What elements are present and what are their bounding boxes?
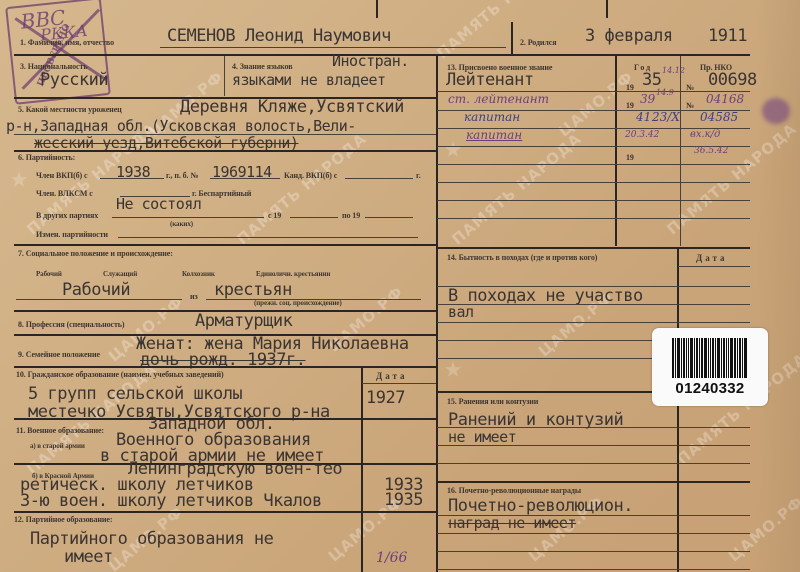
star-icon: ★	[10, 160, 28, 195]
ink-blot	[762, 98, 790, 124]
languages-value-line2: языками не владеет	[232, 71, 386, 89]
label-campaigns: 14. Бытность в походах (где и против ког…	[447, 253, 597, 262]
birthplace-line1: Деревня Кляже,Усвятский	[180, 97, 404, 117]
option-worker: Рабочий	[36, 270, 62, 278]
languages-value-line1: Иностран.	[332, 52, 409, 70]
party-education-line2: имеет	[64, 547, 113, 567]
rank-4-date-note: 20.3.42	[625, 130, 659, 140]
label-party-education: 12. Партийное образование:	[14, 515, 112, 524]
rank-3-date-note: 23/Х	[652, 110, 680, 124]
civil-education-line1: 5 групп сельской школы	[28, 384, 242, 404]
label-party-change: Измен. партийности	[36, 230, 108, 239]
rank-2-year: 39	[640, 92, 655, 106]
rank-5-order: 36.5.42	[694, 146, 728, 156]
rank-1-year: 35	[642, 70, 661, 90]
header-date: Дата	[376, 371, 408, 381]
label-civil-education: 10. Гражданское образование (наимен. уче…	[16, 370, 224, 379]
rank-4: капитан	[466, 128, 522, 142]
barcode-icon	[672, 338, 748, 378]
label-party-card: г., п. б. №	[166, 171, 198, 180]
label-vkp-candidate: Канд. ВКП(б) с	[284, 171, 337, 180]
year-suffix: г.	[416, 171, 421, 180]
origin-value: крестьян	[214, 280, 292, 300]
rank-2-date-note: 14.9	[656, 88, 674, 97]
hint-origin: (прежн. соц. происхождение)	[254, 299, 342, 307]
option-employee: Служащий	[103, 270, 137, 278]
year-prefix: 19	[626, 153, 634, 162]
civil-education-date: 1927	[366, 388, 405, 408]
full-name-value: СЕМЕНОВ Леонид Наумович	[167, 26, 391, 46]
rank-2: ст. лейтенант	[448, 92, 549, 106]
rank-2-order: 04168	[706, 92, 744, 106]
header-date: Дата	[696, 253, 728, 263]
military-education-date2: 1935	[384, 490, 423, 510]
watermark: ПАМЯТЬ НАРОДА	[448, 130, 585, 249]
label-awards: 16. Почетно-революционные награды	[447, 486, 581, 495]
barcode-number: 01240332	[652, 380, 768, 397]
label-birthplace: 5. Какой местности уроженец	[18, 105, 122, 114]
rank-3-order: 04585	[700, 110, 738, 124]
birth-date-value: 3 февраля	[585, 26, 673, 46]
label-military-education: 11. Военное образование:	[16, 426, 104, 435]
profession-value: Арматурщик	[195, 311, 292, 331]
label-other-parties: В других партиях	[36, 211, 98, 220]
star-icon: ★	[444, 350, 462, 385]
label-to-year: по 19	[342, 211, 360, 220]
label-profession: 8. Профессия (специальность)	[18, 320, 124, 329]
label-wounds: 15. Ранения или контузии	[447, 397, 538, 406]
birthplace-line2: р-н,Западная обл.(Усковская волость,Вели…	[6, 117, 356, 135]
paper-edge	[756, 0, 800, 572]
label-born: 2. Родился	[520, 38, 556, 47]
other-parties-value: Не состоял	[116, 195, 201, 213]
awards-line1: Почетно-революцион.	[448, 496, 633, 516]
red-army-line3: 3-ю воен. школу летчиков Чкалов	[20, 491, 322, 511]
birth-year-value: 1911	[708, 26, 747, 46]
social-value: Рабочий	[62, 280, 130, 300]
label-from: из	[190, 292, 198, 301]
personnel-record-card: ПАМЯТЬ НАРОДА ПАМЯТЬ НАРОДА ПАМЯТЬ НАРОД…	[0, 0, 800, 572]
nationality-value: Русский	[40, 70, 108, 90]
barcode-label: 01240332	[652, 328, 768, 406]
handwritten-page-number: 1/66	[376, 550, 407, 566]
hint-which: (каких)	[170, 220, 193, 228]
label-from-year: с 19	[268, 211, 281, 220]
label-vlksm: Член. ВЛКСМ с	[36, 189, 93, 198]
rank-1-date-note: 14.12	[662, 66, 685, 75]
label-social: 7. Социальное положение и происхождение:	[18, 249, 173, 258]
rank-1: Лейтенант	[446, 70, 534, 90]
option-peasant: Единоличн. крестьянин	[256, 270, 330, 278]
star-icon: ★	[444, 130, 462, 165]
rank-3-year: 41	[636, 110, 651, 124]
year-prefix: 19	[626, 101, 634, 110]
number-prefix: №	[686, 101, 694, 110]
label-old-army: а) в старой армии	[30, 442, 85, 450]
label-party: 6. Партийность:	[18, 153, 75, 162]
label-vkp-member: Член ВКП(б) с	[36, 171, 87, 180]
campaigns-line2: вал	[448, 303, 474, 321]
label-languages: 4. Знание языков	[232, 62, 292, 71]
party-education-line1: Партийного образования не	[30, 529, 273, 549]
label-full-name: 1. Фамилия, имя, отчество	[20, 38, 114, 47]
rank-4-order: вх.к/д	[690, 129, 720, 140]
label-family: 9. Семейное положение	[18, 350, 100, 359]
option-kolkhoznik: Колхозник	[182, 270, 215, 278]
awards-line2: наград не имеет	[448, 514, 576, 532]
wounds-line2: не имеет	[448, 428, 516, 446]
campaigns-line1: В походах не участво	[448, 286, 643, 306]
rank-3: капитан	[464, 110, 520, 124]
rank-1-order: 00698	[708, 70, 757, 90]
